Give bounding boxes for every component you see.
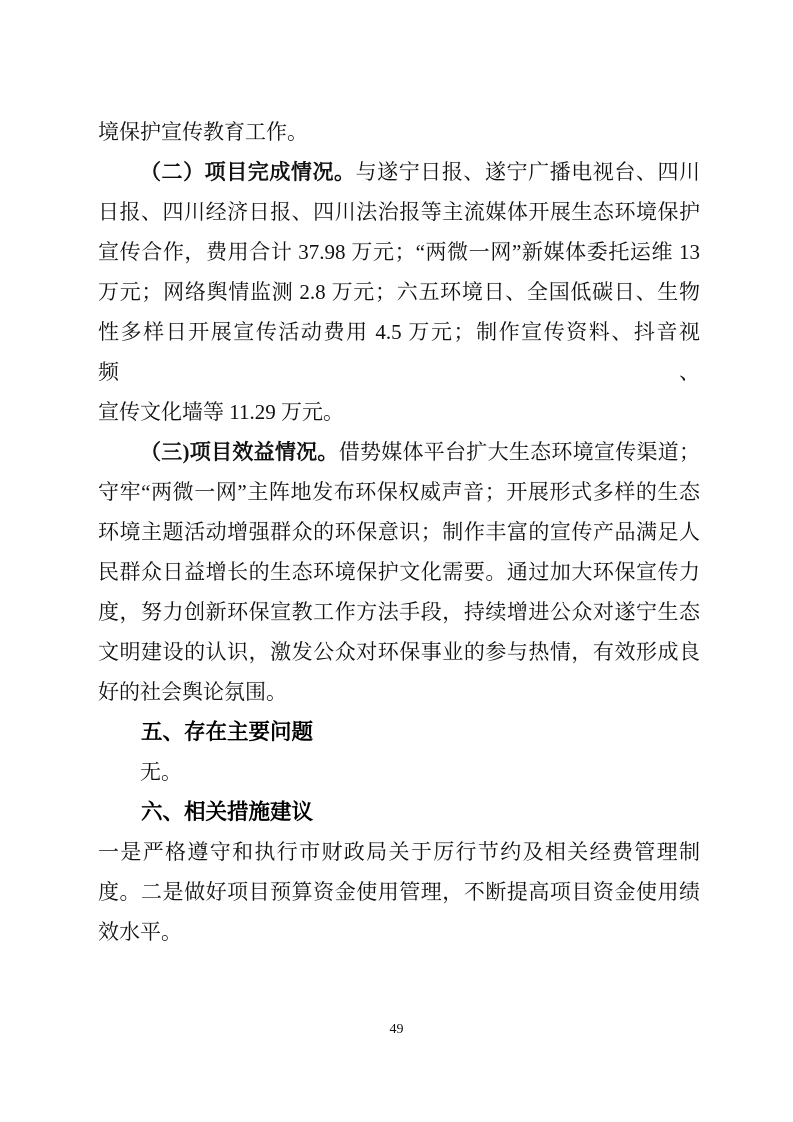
text-line: 文明建设的认识，激发公众对环保事业的参与热情，有效形成良 xyxy=(98,632,700,672)
text-run: 万元；网络舆情监测 2.8 万元；六五环境日、全国低碳日、生物 xyxy=(98,280,700,304)
text-run: 守牢“两微一网”主阵地发布环保权威声音；开展形式多样的生态 xyxy=(98,480,700,504)
text-run: 宣传合作，费用合计 37.98 万元；“两微一网”新媒体委托运维 13 xyxy=(98,240,700,264)
text-line: 守牢“两微一网”主阵地发布环保权威声音；开展形式多样的生态 xyxy=(98,472,700,512)
text-line: 环境主题活动增强群众的环保意识；制作丰富的宣传产品满足人 xyxy=(98,512,700,552)
text-run: 无。 xyxy=(140,760,182,784)
section-heading: 五、存在主要问题 xyxy=(98,712,700,752)
page-footer: 49 xyxy=(0,1020,793,1038)
text-line: 度。二是做好项目预算资金使用管理，不断提高项目资金使用绩 xyxy=(98,872,700,912)
text-line: （二）项目完成情况。与遂宁日报、遂宁广播电视台、四川 xyxy=(98,152,700,192)
text-run: 环境主题活动增强群众的环保意识；制作丰富的宣传产品满足人 xyxy=(98,520,700,544)
text-run: 民群众日益增长的生态环境保护文化需要。通过加大环保宣传力 xyxy=(98,560,700,584)
text-line: 宣传文化墙等 11.29 万元。 xyxy=(98,392,700,432)
text-line: 一是严格遵守和执行市财政局关于厉行节约及相关经费管理制 xyxy=(98,832,700,872)
text-line: 宣传合作，费用合计 37.98 万元；“两微一网”新媒体委托运维 13 xyxy=(98,232,700,272)
text-run: 境保护宣传教育工作。 xyxy=(98,120,308,144)
text-line: 好的社会舆论氛围。 xyxy=(98,672,700,712)
text-run: 借势媒体平台扩大生态环境宣传渠道； xyxy=(339,440,700,464)
text-line: 性多样日开展宣传活动费用 4.5 万元；制作宣传资料、抖音视频、 xyxy=(98,312,700,392)
text-run: 效水平。 xyxy=(98,920,182,944)
text-run: 度。二是做好项目预算资金使用管理，不断提高项目资金使用绩 xyxy=(98,880,700,904)
text-line: 万元；网络舆情监测 2.8 万元；六五环境日、全国低碳日、生物 xyxy=(98,272,700,312)
text-line: 度，努力创新环保宣教工作方法手段，持续增进公众对遂宁生态 xyxy=(98,592,700,632)
text-run: 宣传文化墙等 11.29 万元。 xyxy=(98,400,344,424)
text-line: （三)项目效益情况。借势媒体平台扩大生态环境宣传渠道； xyxy=(98,432,700,472)
bold-text-run: （三)项目效益情况。 xyxy=(140,440,339,464)
text-run: 一是严格遵守和执行市财政局关于厉行节约及相关经费管理制 xyxy=(98,840,700,864)
section-heading: 六、相关措施建议 xyxy=(98,792,700,832)
text-run: 性多样日开展宣传活动费用 4.5 万元；制作宣传资料、抖音视频、 xyxy=(98,320,700,384)
page-number: 49 xyxy=(390,1022,404,1037)
text-run: 日报、四川经济日报、四川法治报等主流媒体开展生态环境保护 xyxy=(98,200,700,224)
text-run: 文明建设的认识，激发公众对环保事业的参与热情，有效形成良 xyxy=(98,640,700,664)
text-line: 日报、四川经济日报、四川法治报等主流媒体开展生态环境保护 xyxy=(98,192,700,232)
text-line: 效水平。 xyxy=(98,912,700,952)
text-line: 无。 xyxy=(98,752,700,792)
document-page: 境保护宣传教育工作。（二）项目完成情况。与遂宁日报、遂宁广播电视台、四川日报、四… xyxy=(0,0,793,1122)
text-run: 与遂宁日报、遂宁广播电视台、四川 xyxy=(356,160,700,184)
document-body: 境保护宣传教育工作。（二）项目完成情况。与遂宁日报、遂宁广播电视台、四川日报、四… xyxy=(98,112,700,952)
bold-text-run: （二）项目完成情况。 xyxy=(140,160,356,184)
text-line: 民群众日益增长的生态环境保护文化需要。通过加大环保宣传力 xyxy=(98,552,700,592)
text-run: 度，努力创新环保宣教工作方法手段，持续增进公众对遂宁生态 xyxy=(98,600,700,624)
bold-text-run: 六、相关措施建议 xyxy=(141,800,313,824)
text-run: 好的社会舆论氛围。 xyxy=(98,680,287,704)
bold-text-run: 五、存在主要问题 xyxy=(141,720,313,744)
text-line: 境保护宣传教育工作。 xyxy=(98,112,700,152)
